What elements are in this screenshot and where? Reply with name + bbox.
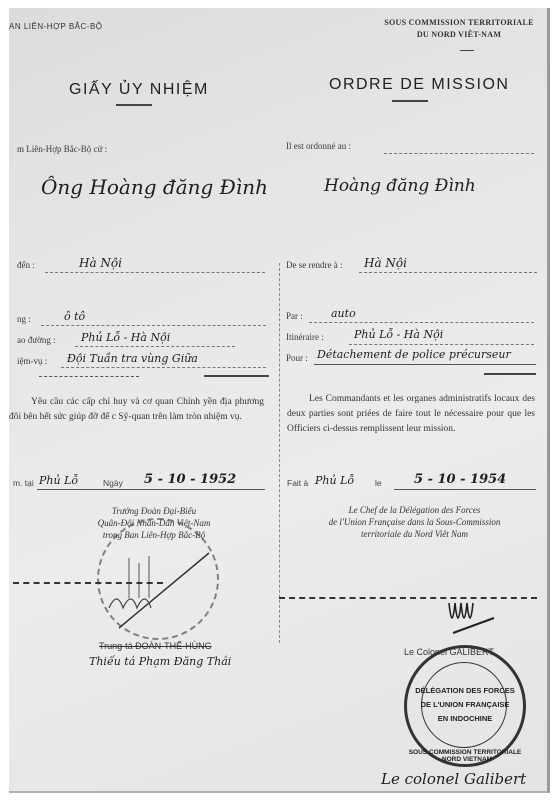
left-transport-line <box>41 325 266 326</box>
right-date-line <box>394 489 536 490</box>
right-name-handwritten: Hoàng đăng Đình <box>324 176 476 196</box>
left-signatory-handwritten: Thiếu tá Phạm Đăng Thái <box>89 655 231 668</box>
right-date-label: le <box>375 478 382 488</box>
right-title: ORDRE DE MISSION <box>329 76 509 94</box>
left-signatory-name: Trung-tá ĐOÀN-THẾ-HÙNG <box>99 641 212 651</box>
left-place-prefix: m. tại <box>13 478 34 488</box>
right-stamp-ring-text: SOUS COMMISSION TERRITORIALE · NORD VIET… <box>407 749 523 763</box>
left-date-value: 5 - 10 - 1952 <box>144 472 236 487</box>
right-signatory-title: Le Chef de la Délégation des Forces de l… <box>292 504 537 540</box>
right-route-label: Itinéraire : <box>286 332 324 342</box>
right-route-value: Phủ Lỗ - Hà Nội <box>354 328 443 341</box>
right-purpose-label: Pour : <box>286 353 308 363</box>
right-paragraph: Les Commandants et les organes administr… <box>287 392 535 437</box>
right-destination-label: De se rendre à : <box>286 260 342 270</box>
left-title-underline <box>116 104 152 106</box>
left-title: GIẤY ỦY NHIỆM <box>69 81 209 99</box>
left-mission-label: iệm-vụ : <box>17 356 47 366</box>
left-mission-value: Đội Tuần tra vùng Giữa <box>67 352 198 365</box>
left-route-value: Phủ Lỗ - Hà Nội <box>81 331 170 344</box>
right-official-stamp: DÉLÉGATION DES FORCES DE L'UNION FRANÇAI… <box>404 645 526 767</box>
right-place-value: Phủ Lỗ <box>315 474 354 487</box>
left-name-handwritten: Ông Hoàng đăng Đình <box>41 175 268 199</box>
left-destination-line <box>45 272 265 273</box>
right-transport-value: auto <box>331 307 356 320</box>
left-intro-label: m Liên-Hợp Bắc-Bộ cử : <box>17 144 107 154</box>
fold-divider <box>279 263 280 643</box>
right-transport-line <box>309 322 534 323</box>
left-signatory-title-line1: Trưởng Đoàn Đại-Biểu <box>69 505 239 517</box>
left-place-value: Phủ Lỗ <box>39 474 78 487</box>
right-purpose-line <box>314 364 536 365</box>
left-mission-line <box>61 367 266 368</box>
left-route-line <box>75 346 235 347</box>
left-header: AN LIÊN-HỢP BẮC-BỘ <box>9 22 103 31</box>
right-intro-label: Il est ordonné au : <box>286 141 351 151</box>
left-destination-value: Hà Nội <box>79 256 122 270</box>
left-destination-label: đến : <box>17 260 35 270</box>
right-route-line <box>349 344 534 345</box>
right-title-underline <box>392 100 428 102</box>
left-transport-label: ng : <box>17 314 31 324</box>
right-stamp-line2: DE L'UNION FRANÇAISE <box>407 700 523 709</box>
right-intro-line <box>384 153 534 154</box>
right-date-value: 5 - 10 - 1954 <box>414 472 506 487</box>
right-signatory-title-line3: territoriale du Nord Viêt Nam <box>292 528 537 540</box>
right-signatory-title-line2: de l'Union Française dans la Sous-Commis… <box>292 516 537 528</box>
right-header-underline <box>460 50 474 51</box>
left-separator-bold <box>204 375 269 377</box>
right-stamp-line1: DÉLÉGATION DES FORCES <box>407 686 523 695</box>
right-purpose-value: Détachement de police précurseur <box>317 348 511 361</box>
right-destination-line <box>359 272 537 273</box>
left-date-line <box>37 489 265 490</box>
right-stamp-line3: EN INDOCHINE <box>407 714 523 723</box>
left-date-label: Ngày <box>103 478 123 488</box>
left-route-label: ao đường : <box>17 335 56 345</box>
right-signatory-title-line1: Le Chef de la Délégation des Forces <box>292 504 537 516</box>
right-transport-label: Par : <box>286 311 303 321</box>
right-header-line2: DU NORD VIÊT-NAM <box>384 30 534 39</box>
left-separator <box>39 376 139 377</box>
left-signature-baseline <box>13 582 163 584</box>
right-separator-bold <box>484 373 536 375</box>
mission-order-document: AN LIÊN-HỢP BẮC-BỘ GIẤY ỦY NHIỆM SOUS CO… <box>9 8 550 793</box>
right-destination-value: Hà Nội <box>364 256 407 270</box>
left-paragraph: Yêu cầu các cấp chỉ huy và cơ quan Chính… <box>9 395 264 425</box>
left-transport-value: ô tô <box>64 310 85 323</box>
right-signatory-handwritten: Le colonel Galibert <box>381 770 526 788</box>
right-place-prefix: Fait à <box>287 478 308 488</box>
right-signature-flourish <box>439 583 509 638</box>
right-header-line1: SOUS COMMISSION TERRITORIALE <box>384 18 534 27</box>
